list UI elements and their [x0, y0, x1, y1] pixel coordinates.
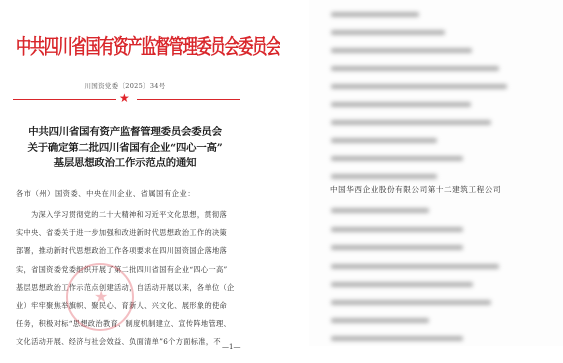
red-star-icon: ★ [119, 92, 130, 104]
blurred-company-line [331, 318, 429, 323]
blurred-company-line [331, 156, 463, 161]
blurred-company-line [331, 264, 499, 269]
page-number: —1— [222, 343, 240, 351]
blurred-company-line [331, 208, 429, 213]
blurred-company-line [331, 48, 472, 53]
body-line: 基层思想政治工作示范点创建活动，自活动开展以来，各单位（企 [16, 279, 246, 297]
body-line: 为深入学习贯彻党的二十大精神和习近平文化思想，贯彻落 [16, 206, 246, 224]
title-line-1: 中共四川省国有资产监督管理委员会委员会 [0, 125, 250, 141]
blurred-company-line [331, 120, 491, 125]
blurred-company-line [331, 245, 463, 250]
body-line: 实，省国资委党委组织开展了第二批四川省国有企业“四心一高” [16, 261, 246, 279]
blurred-company-line [331, 12, 419, 17]
blurred-company-line [331, 336, 463, 341]
document-number: 川国资党委〔2025〕34号 [0, 81, 250, 90]
document-viewer: 中共四川省国有资产监督管理委员会委员会文件 川国资党委〔2025〕34号 ★ 中… [0, 0, 563, 363]
body-paragraph: 为深入学习贯彻党的二十大精神和习近平文化思想，贯彻落 实中央、省委关于进一步加强… [16, 206, 246, 352]
body-line: 业）牢牢聚焦举旗帜、聚民心、育新人、兴文化、展形象的使命 [16, 297, 246, 315]
blurred-company-line [331, 30, 445, 35]
body-line: 任务，积极对标“思想政治教育、制度机制建立、宣传阵地管理、 [16, 315, 246, 333]
body-line: 文化活动开展、经济与社会效益、负面清单”6个方面标准，不 [16, 333, 246, 351]
addressee-line: 各市（州）国资委、中央在川企业、省属国有企业： [16, 189, 195, 199]
red-separator-right [137, 99, 240, 100]
title-line-3: 基层思想政治工作示范点的通知 [0, 156, 250, 172]
blurred-company-line [331, 138, 437, 143]
red-separator-left [13, 99, 116, 100]
blurred-company-line [331, 102, 471, 107]
page-gap [280, 346, 563, 363]
blurred-company-line [331, 300, 491, 305]
red-header-title: 中共四川省国有资产监督管理委员会委员会文件 [16, 32, 246, 60]
highlighted-company-name: 中国华西企业股份有限公司第十二建筑工程公司 [330, 184, 501, 195]
blurred-company-line [331, 174, 437, 179]
body-line: 部署，推动新时代思想政治工作各项要求在四川国资国企落地落 [16, 242, 246, 260]
blurred-company-line [331, 282, 473, 287]
page-right-list: 中国华西企业股份有限公司第十二建筑工程公司 [309, 0, 563, 346]
blurred-company-line [331, 84, 507, 89]
page-left-notice: 中共四川省国有资产监督管理委员会委员会文件 川国资党委〔2025〕34号 ★ 中… [0, 0, 280, 363]
body-line: 实中央、省委关于进一步加强和改进新时代思想政治工作的决策 [16, 224, 246, 242]
blurred-company-line [331, 66, 499, 71]
notice-title: 中共四川省国有资产监督管理委员会委员会 关于确定第二批四川省国有企业“四心一高”… [0, 125, 250, 172]
blurred-company-line [331, 227, 463, 232]
title-line-2: 关于确定第二批四川省国有企业“四心一高” [0, 141, 250, 157]
